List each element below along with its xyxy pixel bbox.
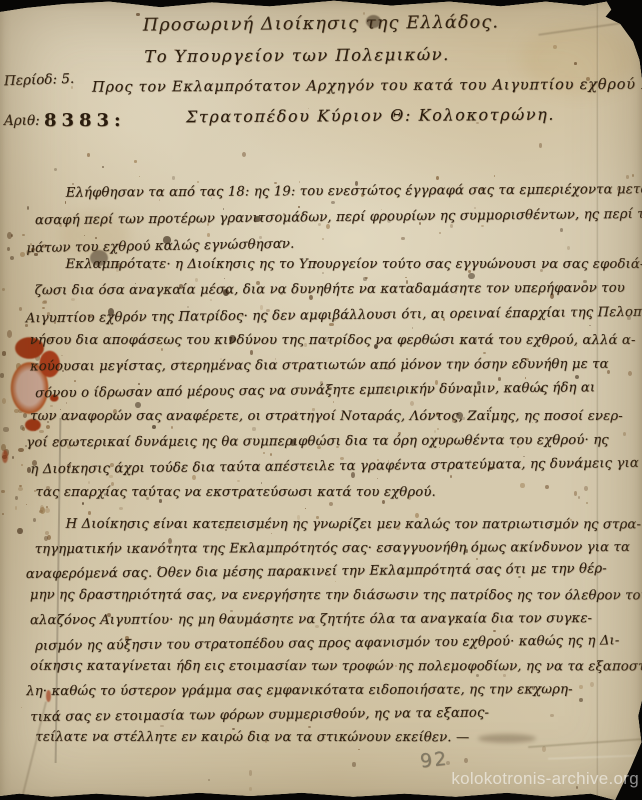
manuscript-line: Ελήφθησαν τα από τας 18: ης 19: του ενεσ…: [30, 177, 642, 207]
page-number-pencil: 92: [419, 748, 449, 773]
addressee-line-2: Στρατοπέδου Κύριον Θ: Κολοκοτρώνη.: [186, 105, 555, 127]
manuscript-line: τας επαρχίας ταύτας να εκστρατεύσωσι κατ…: [35, 480, 642, 505]
manuscript-line: ρισμόν ης αύξησιν του στρατοπέδου σας πρ…: [35, 629, 642, 659]
manuscript-line: η Διοίκησις άχρι τούδε δια ταύτα απέστει…: [30, 451, 642, 483]
manuscript-line: Εκλαμπρότατε· η Διοίκησις ης το Υπουργεί…: [30, 252, 642, 277]
archive-watermark: kolokotronis-archive.org: [451, 769, 639, 789]
protocol-number-label: Αριθ:: [4, 113, 40, 129]
scanned-document: Προσωρινή Διοίκησις της Ελλάδος. Το Υπου…: [0, 0, 642, 800]
manuscript-line: τείλατε να στέλλητε εν καιρώ δια να τα σ…: [35, 726, 642, 750]
manuscript-line: ζωσι δια όσα αναγκαία μέσα, δια να δυνηθ…: [35, 276, 642, 304]
manuscript-line: σόνου ο ίδρωσαν από μέρους σας να συνάξη…: [35, 375, 642, 407]
protocol-number-value: 8383:: [44, 110, 126, 131]
issuing-authority: Προσωρινή Διοίκησις της Ελλάδος.: [0, 11, 642, 37]
manuscript-line: λη· καθώς το ύστερον γράμμα σας εμφανικό…: [26, 678, 642, 704]
issuing-ministry: Το Υπουργείον των Πολεμικών.: [0, 44, 618, 67]
manuscript-line: μην ης δραστηριότητά σας, να ενεργήσητε …: [30, 584, 642, 608]
manuscript-line: οίκησις καταγίνεται ήδη εις ετοιμασίαν τ…: [30, 655, 642, 679]
period-note: Περίοδ: 5.: [4, 71, 75, 89]
addressee-line-1: Προς τον Εκλαμπρότατον Αρχηγόν του κατά …: [92, 76, 642, 95]
manuscript-line: των αναφορών σας αναφέρετε, οι στρατηγοί…: [30, 404, 642, 429]
paragraph-2: Εκλαμπρότατε· η Διοίκησις ης το Υπουργεί…: [29, 251, 642, 507]
manuscript-line: αναφερόμενά σας. Όθεν δια μέσης παρακινε…: [26, 557, 642, 587]
paragraph-3: Η Διοίκησις είναι κατεπεισμένη ης γνωρίζ…: [30, 512, 642, 751]
manuscript-line: αλαζόνος Αιγυπτίου· ης μη θαυμάσητε να ζ…: [30, 607, 642, 633]
crease-bottom-right-highlight: [548, 754, 642, 759]
manuscript-line: Η Διοίκησις είναι κατεπεισμένη ης γνωρίζ…: [30, 513, 642, 537]
paper-sheet: Προσωρινή Διοίκησις της Ελλάδος. Το Υπου…: [0, 0, 642, 800]
paragraph-1: Ελήφθησαν τα από τας 18: ης 19: του ενεσ…: [30, 176, 642, 260]
manuscript-line: Αιγυπτίου εχθρόν της Πατρίδος· ης δεν αμ…: [26, 299, 642, 331]
manuscript-line: νήσου δια αποφάσεως του κινδύνου της πατ…: [30, 328, 642, 353]
protocol-number-note: Αριθ: 8383:: [4, 110, 126, 131]
